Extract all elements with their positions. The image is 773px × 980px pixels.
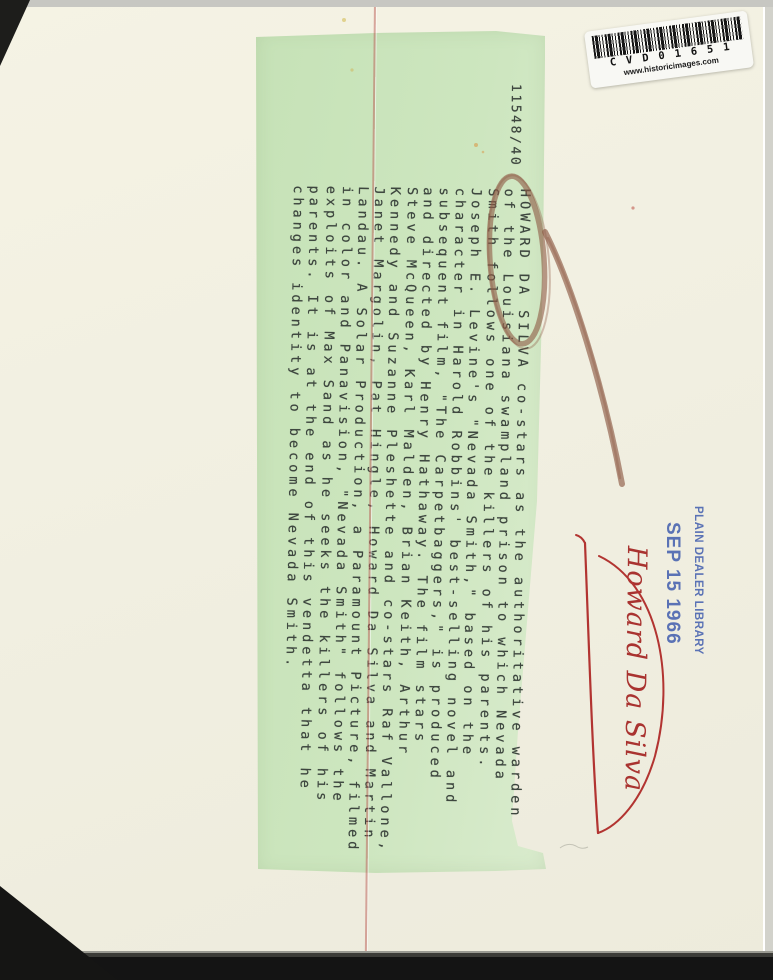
scan-edge-right bbox=[763, 0, 773, 980]
pencil-squiggle bbox=[560, 844, 588, 848]
photo-verso-scan: HOWARD DA SILVA co-stars as the authorit… bbox=[0, 0, 773, 980]
barcode-sticker: CVD01651 www.historicimages.com bbox=[584, 10, 754, 88]
crayon-tail-stroke bbox=[545, 232, 622, 484]
catalog-number: 11548/40 bbox=[504, 84, 523, 214]
signature-handwriting: Howard Da Silva bbox=[591, 545, 652, 796]
stamp-library-name: PLAIN DEALER LIBRARY bbox=[692, 506, 704, 676]
typed-caption: HOWARD DA SILVA co-stars as the authorit… bbox=[278, 185, 533, 875]
stamp-date: SEP 15 1966 bbox=[661, 506, 683, 676]
scan-corner-bottom-left bbox=[0, 886, 118, 980]
scan-edge-bottom bbox=[0, 951, 773, 980]
library-stamp: PLAIN DEALER LIBRARY SEP 15 1966 bbox=[654, 506, 704, 676]
scan-edge-top bbox=[0, 0, 773, 7]
scan-corner-top-left bbox=[0, 0, 30, 66]
